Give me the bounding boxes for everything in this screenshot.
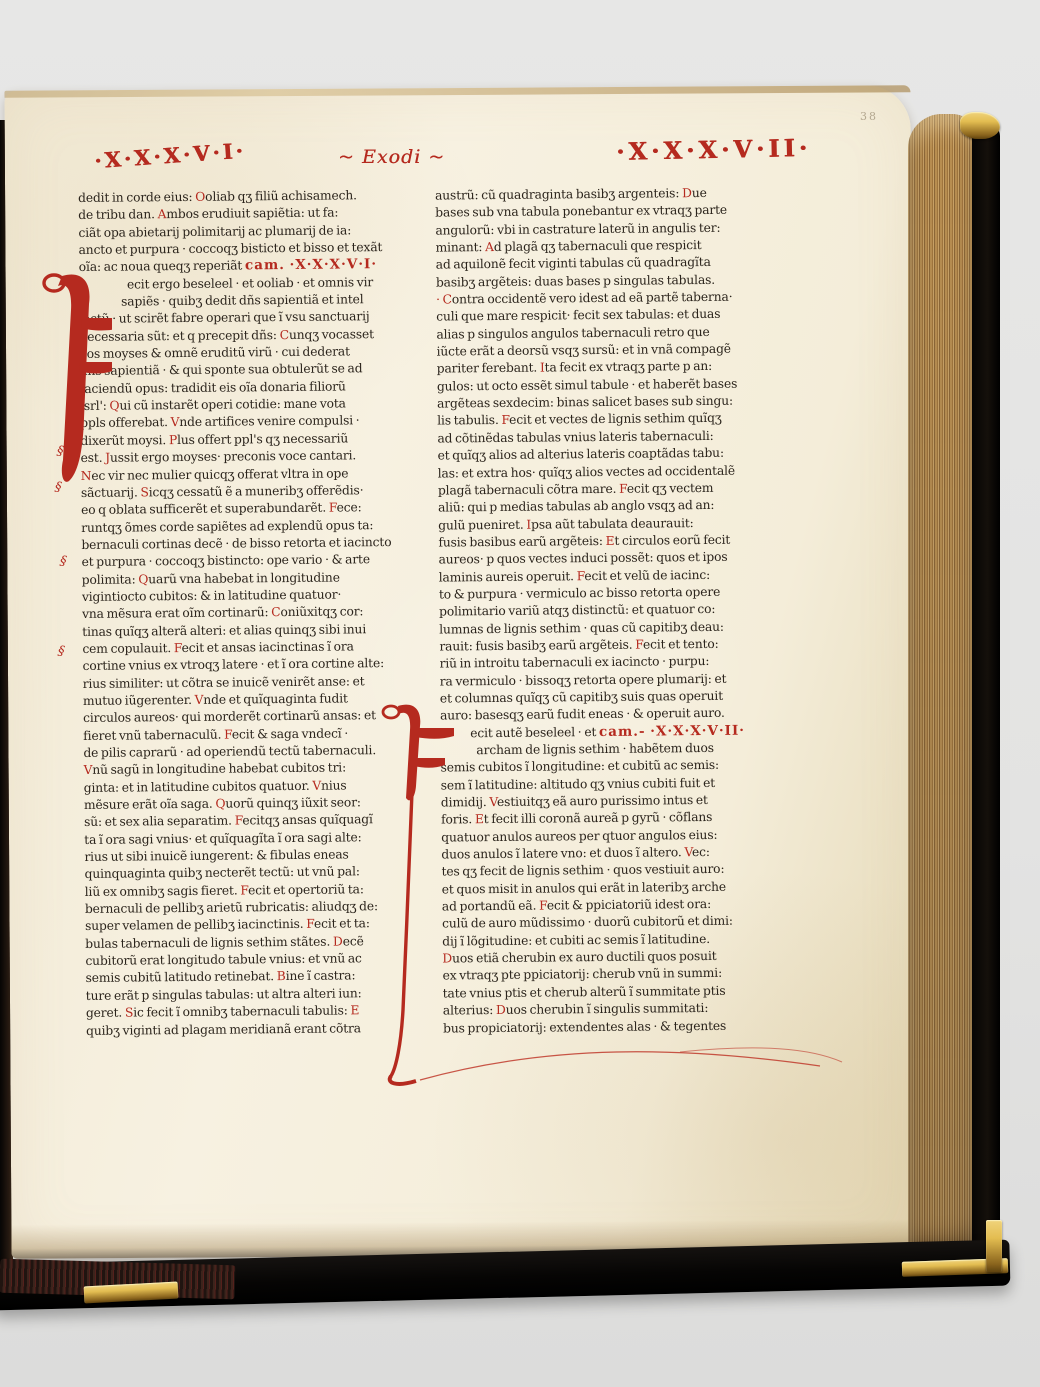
chapter-37-initial-f-icon-with-flourish — [380, 700, 860, 1100]
pencil-folio-number: 38 — [860, 110, 878, 123]
book-cover-right-edge — [972, 124, 1000, 1262]
gilt-fore-edge-page-stack — [908, 114, 978, 1256]
text-line: las: et extra hos· quĩqʒ alios vectes ad… — [438, 462, 784, 483]
chapter-36-initial-f-icon — [38, 268, 112, 492]
gilt-corner-glint-top-right — [960, 112, 1000, 139]
margin-paragraph-mark: § — [57, 644, 66, 660]
running-header-book-title: ~ Exodi ~ — [338, 146, 445, 168]
text-line: cortine vnius ex vtroqʒ latere · et ĩ or… — [82, 655, 434, 676]
text-line: bernaculi cortinas decẽ · de bisso retor… — [81, 533, 433, 554]
photo-of-open-bible: { "page": { "folio_pencil": "38", "heade… — [0, 0, 1040, 1387]
margin-paragraph-mark: § — [54, 480, 63, 496]
gilt-corner-fitting-side — [986, 1220, 1002, 1272]
margin-paragraph-mark: § — [59, 554, 68, 570]
running-header-chapter-numeral-right: ·X·X·X·V·II· — [616, 133, 812, 166]
margin-paragraph-mark: § — [56, 444, 65, 460]
